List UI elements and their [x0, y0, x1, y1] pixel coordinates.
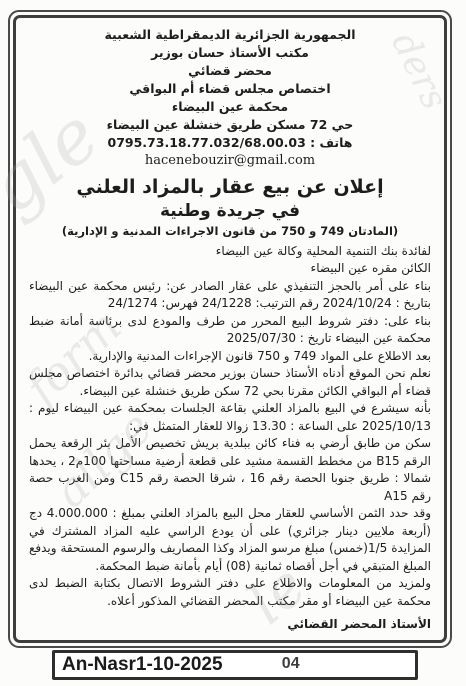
bailiff-signature: الأستاذ المحضر القضائي — [29, 616, 431, 634]
announcement-subtitle: في جريدة وطنية — [29, 203, 431, 221]
legal-articles-note: (المادتان 749 و 750 من قانون الاجراءات ا… — [29, 223, 431, 241]
newspaper-name-date: An-Nasr1-10-2025 — [62, 654, 223, 676]
office-header: الجمهورية الجزائرية الديمقراطية الشعبية … — [29, 26, 431, 170]
announcement-border-frame: الجمهورية الجزائرية الديمقراطية الشعبية … — [8, 10, 452, 648]
announcement-content: الجمهورية الجزائرية الديمقراطية الشعبية … — [16, 18, 444, 640]
address-line: حي 72 مسكن طريق خنشلة عين البيضاء — [29, 116, 431, 134]
page-number: 04 — [282, 655, 300, 673]
jurisdiction-line: اختصاص مجلس قضاء أم البواقي — [29, 80, 431, 98]
republic-line: الجمهورية الجزائرية الديمقراطية الشعبية — [29, 26, 431, 44]
bailiff-title-line: محضر قضائي — [29, 62, 431, 80]
auction-date-paragraph: بأنه سيشرع في البيع بالمزاد العلني بقاعة… — [29, 400, 431, 435]
announcement-title: إعلان عن بيع عقار بالمزاد العلني — [29, 179, 431, 197]
legal-review-paragraph: بعد الاطلاع على المواد 749 و 750 قانون ا… — [29, 348, 431, 366]
office-name-line: مكتب الأستاذ حسان بوزير — [29, 44, 431, 62]
court-line: محكمة عين البيضاء — [29, 98, 431, 116]
property-description-paragraph: سكن من طابق أرضي به فناء كائن ببلدية بري… — [29, 435, 431, 505]
price-terms-paragraph: وقد حدد الثمن الأساسي للعقار محل البيع ب… — [29, 505, 431, 575]
phone-line: هاتف : 0795.73.18.77.032/68.00.03 — [29, 134, 431, 152]
scanned-auction-announcement: gle form allge ders le الجمهورية الجزائر… — [0, 0, 466, 686]
newspaper-footer-bar: An-Nasr1-10-2025 04 — [52, 650, 418, 680]
seizure-order-paragraph: بناء على أمر بالحجز التنفيذي على عقار ال… — [29, 278, 431, 313]
beneficiary-address-line: الكائن مقره عين البيضاء — [29, 260, 431, 278]
email-line: hacenebouzir@gmail.com — [29, 152, 431, 170]
bailiff-declaration-paragraph: نعلم نحن الموقع أدناه الأستاذ حسان بوزير… — [29, 365, 431, 400]
announcement-inner-frame: الجمهورية الجزائرية الديمقراطية الشعبية … — [13, 15, 447, 643]
sale-conditions-paragraph: بناء على: دفتر شروط البيع المحرر من طرف … — [29, 313, 431, 348]
beneficiary-line: لفائدة بنك التنمية المحلية وكالة عين الب… — [29, 243, 431, 261]
more-info-paragraph: ولمزيد من المعلومات والاطلاع على دفتر ال… — [29, 575, 431, 610]
